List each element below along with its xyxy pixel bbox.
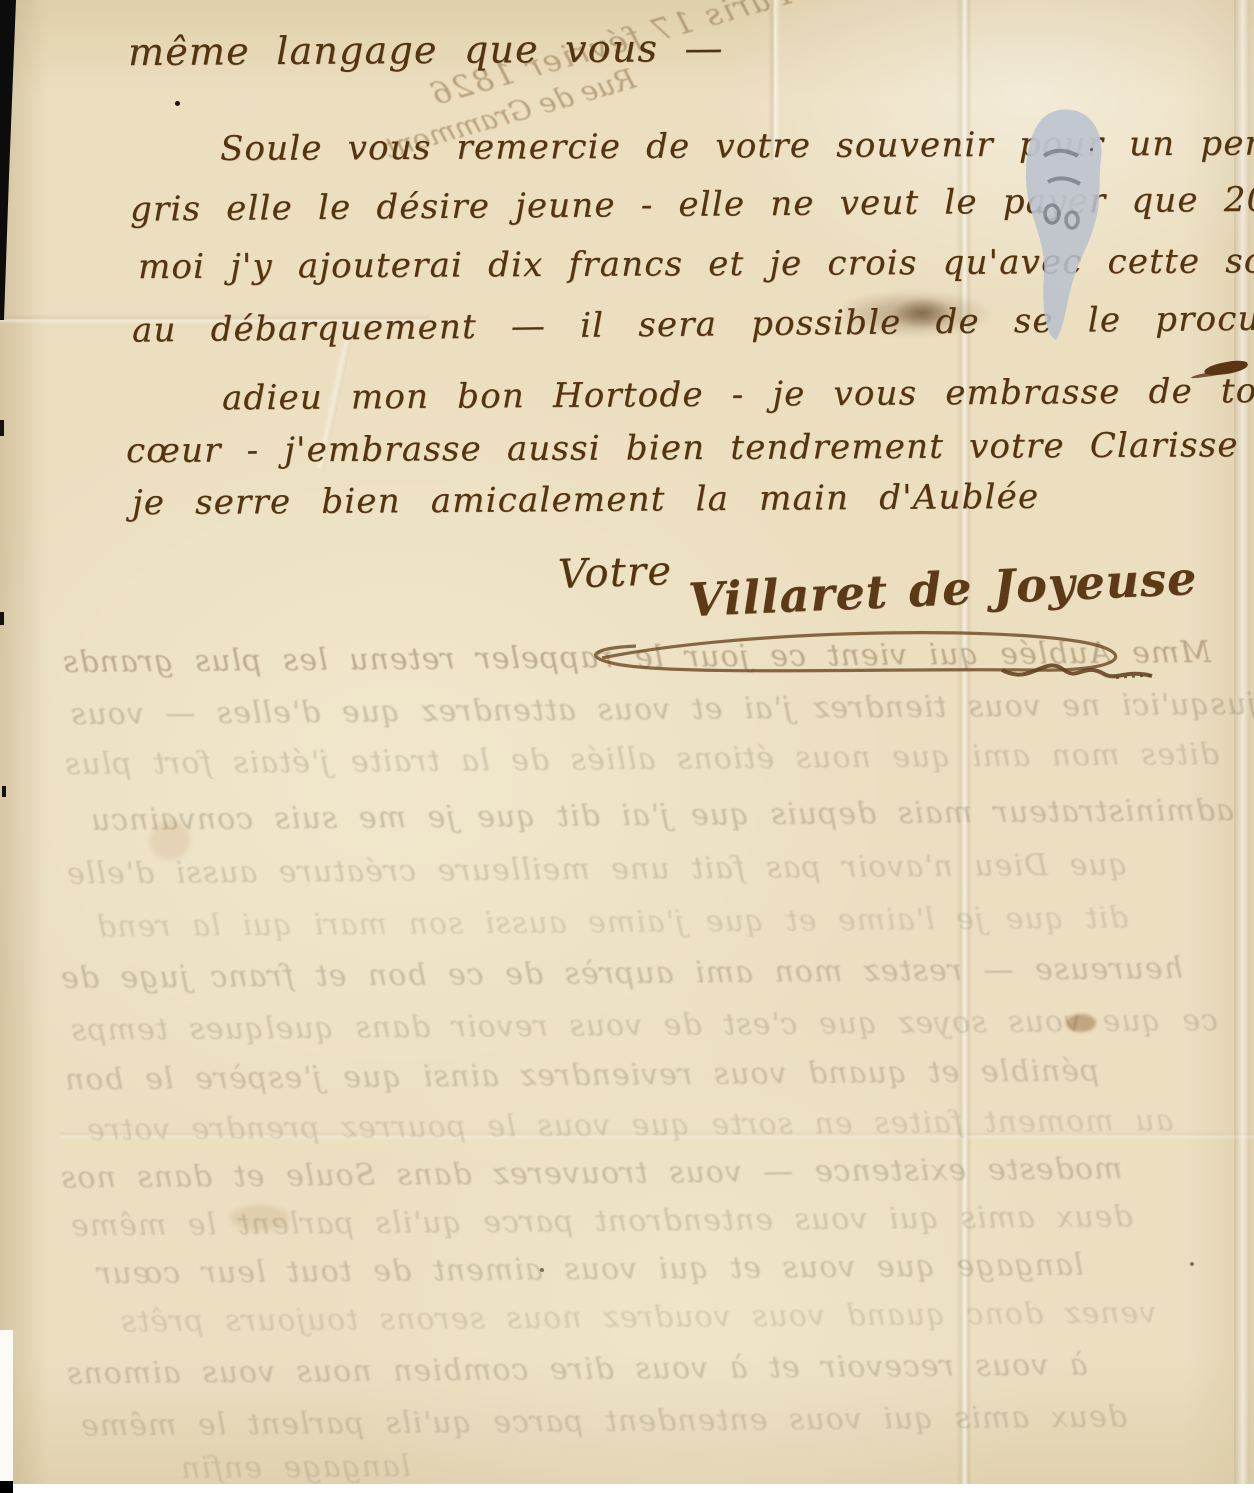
bleedthrough-line: que Dieu n'avoir pas fait une meilleure …	[66, 847, 1128, 891]
bleedthrough-line: ce que vous soyez que c'est de vous revo…	[70, 1003, 1218, 1048]
bleedthrough-line: administrateur mais depuis que j'ai dit …	[90, 793, 1234, 838]
signature-flourish	[560, 614, 1180, 704]
scanned-letter-page: Paris 17 février 1826 Rue de Grammont Mm…	[0, 0, 1254, 1493]
bleedthrough-line: venez donc quand vous voudrez nous seron…	[120, 1295, 1157, 1339]
bleedthrough-line: langage que vous et qui vous aiment de t…	[96, 1248, 1084, 1292]
bleedthrough-line: au moment faites en sorte que vous le po…	[86, 1103, 1174, 1147]
paper-speck	[540, 1268, 544, 1272]
scanner-edge-mark	[2, 786, 6, 797]
repair-patch	[1014, 104, 1114, 354]
paper-speck	[175, 101, 180, 106]
closing-word: Votre	[557, 548, 673, 598]
paper-stain	[150, 820, 190, 860]
bleedthrough-line: modeste existence — vous trouverez dans …	[60, 1151, 1123, 1195]
bleedthrough-line: heureuse — restez mon ami auprès de ce b…	[60, 951, 1183, 996]
paper-stain	[230, 1205, 290, 1231]
bleedthrough-line: à vous recevoir et à vous dire combien n…	[66, 1348, 1088, 1392]
bleedthrough-line: langage enfin	[180, 1449, 411, 1486]
letter-line: adieu mon bon Hortode - je vous embrasse…	[222, 370, 1254, 419]
letter-line: cœur - j'embrasse aussi bien tendrement …	[126, 425, 1254, 471]
paper-stain	[1066, 1014, 1096, 1032]
bleedthrough-line: dites mon ami que nous étions alliés de …	[64, 737, 1219, 782]
paper-speck	[1090, 148, 1093, 151]
letter-paper: Paris 17 février 1826 Rue de Grammont Mm…	[0, 0, 1254, 1485]
paper-speck	[1190, 1262, 1194, 1266]
scanner-edge-mark	[0, 612, 4, 625]
ink-smudge-core	[895, 298, 951, 328]
scanner-strip-bottom	[0, 1484, 1254, 1493]
letter-line: je serre bien amicalement la main d'Aubl…	[132, 477, 1040, 523]
scanner-corner-bottom-left	[0, 1481, 13, 1493]
bleedthrough-line: deux amis qui vous entendent parce qu'il…	[80, 1399, 1127, 1443]
bleedthrough-line: pénible et quand vous reviendrez ainsi q…	[64, 1053, 1100, 1097]
bleedthrough-line: deux amis qui vous entendront parce qu'i…	[70, 1199, 1133, 1243]
fold-crease-right-edge	[1234, 0, 1250, 1485]
paper-edge-sliver	[0, 1330, 13, 1490]
bleedthrough-line: dit que je l'aime et que j'aime aussi so…	[96, 900, 1129, 944]
letter-line: même langage que vous —	[128, 26, 724, 74]
scanner-edge-mark	[0, 420, 4, 436]
